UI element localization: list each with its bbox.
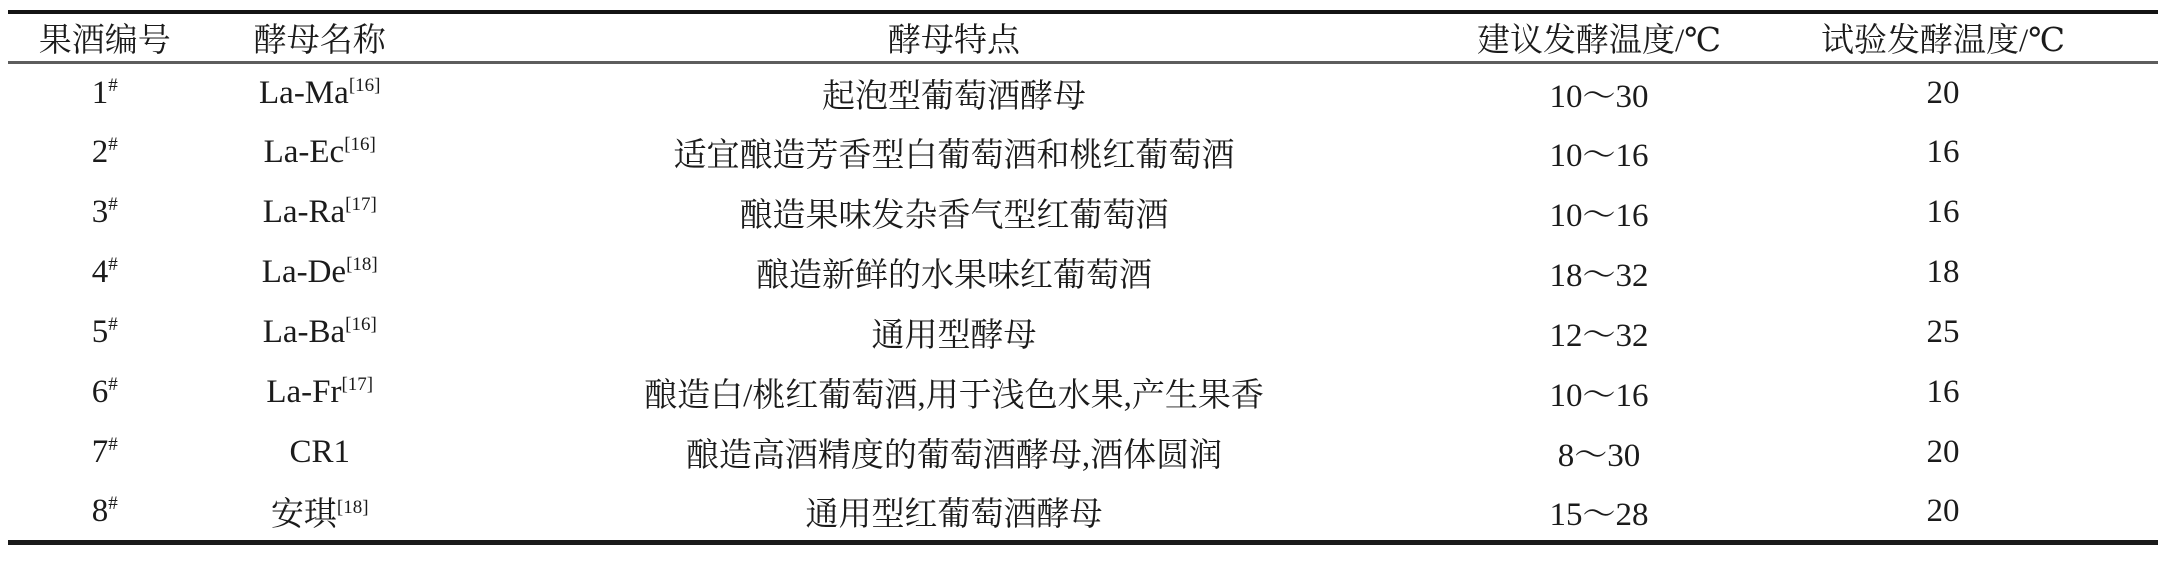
- cell-wine-id: 1#: [8, 63, 202, 123]
- table-row: 3# La-Ra[17] 酿造果味发杂香气型红葡萄酒 10～16 16: [8, 183, 2158, 243]
- cell-yeast-name: La-Fr[17]: [202, 363, 439, 423]
- header-yeast-feature: 酵母特点: [438, 12, 1470, 63]
- header-test-temp: 试验发酵温度/℃: [1728, 12, 2158, 63]
- hash-superscript: #: [108, 374, 118, 395]
- table-row: 2# La-Ec[16] 适宜酿造芳香型白葡萄酒和桃红葡萄酒 10～16 16: [8, 123, 2158, 183]
- reference-superscript: [16]: [349, 75, 381, 96]
- cell-yeast-feature: 通用型红葡萄酒酵母: [438, 483, 1470, 543]
- cell-wine-id: 8#: [8, 483, 202, 543]
- hash-superscript: #: [108, 134, 118, 155]
- cell-yeast-name: 安琪[18]: [202, 483, 439, 543]
- reference-superscript: [17]: [345, 194, 377, 215]
- cell-test-temp: 20: [1728, 423, 2158, 483]
- cell-wine-id: 7#: [8, 423, 202, 483]
- header-row: 果酒编号 酵母名称 酵母特点 建议发酵温度/℃ 试验发酵温度/℃: [8, 12, 2158, 63]
- cell-yeast-name: La-Ba[16]: [202, 303, 439, 363]
- hash-superscript: #: [108, 493, 118, 514]
- table-row: 6# La-Fr[17] 酿造白/桃红葡萄酒,用于浅色水果,产生果香 10～16…: [8, 363, 2158, 423]
- cell-test-temp: 16: [1728, 363, 2158, 423]
- table-row: 1# La-Ma[16] 起泡型葡萄酒酵母 10～30 20: [8, 63, 2158, 123]
- table-header: 果酒编号 酵母名称 酵母特点 建议发酵温度/℃ 试验发酵温度/℃: [8, 12, 2158, 63]
- hash-superscript: #: [108, 75, 118, 96]
- table-row: 7# CR1 酿造高酒精度的葡萄酒酵母,酒体圆润 8～30 20: [8, 423, 2158, 483]
- cell-yeast-feature: 酿造果味发杂香气型红葡萄酒: [438, 183, 1470, 243]
- cell-suggested-temp: 10～30: [1470, 63, 1728, 123]
- cell-yeast-name: La-Ra[17]: [202, 183, 439, 243]
- cell-yeast-name: CR1: [202, 423, 439, 483]
- cell-yeast-name: La-De[18]: [202, 243, 439, 303]
- cell-yeast-feature: 酿造白/桃红葡萄酒,用于浅色水果,产生果香: [438, 363, 1470, 423]
- cell-suggested-temp: 15～28: [1470, 483, 1728, 543]
- cell-yeast-name: La-Ma[16]: [202, 63, 439, 123]
- cell-test-temp: 16: [1728, 183, 2158, 243]
- cell-wine-id: 2#: [8, 123, 202, 183]
- reference-superscript: [18]: [346, 254, 378, 275]
- reference-superscript: [16]: [344, 134, 376, 155]
- hash-superscript: #: [108, 254, 118, 275]
- header-yeast-name: 酵母名称: [202, 12, 439, 63]
- header-suggested-temp: 建议发酵温度/℃: [1470, 12, 1728, 63]
- cell-suggested-temp: 8～30: [1470, 423, 1728, 483]
- hash-superscript: #: [108, 314, 118, 335]
- cell-yeast-feature: 酿造新鲜的水果味红葡萄酒: [438, 243, 1470, 303]
- table-row: 4# La-De[18] 酿造新鲜的水果味红葡萄酒 18～32 18: [8, 243, 2158, 303]
- cell-suggested-temp: 10～16: [1470, 363, 1728, 423]
- cell-suggested-temp: 10～16: [1470, 123, 1728, 183]
- table-body: 1# La-Ma[16] 起泡型葡萄酒酵母 10～30 20 2# La-Ec[…: [8, 63, 2158, 543]
- cell-test-temp: 18: [1728, 243, 2158, 303]
- hash-superscript: #: [108, 434, 118, 455]
- cell-yeast-feature: 起泡型葡萄酒酵母: [438, 63, 1470, 123]
- cell-suggested-temp: 10～16: [1470, 183, 1728, 243]
- cell-wine-id: 5#: [8, 303, 202, 363]
- yeast-table-container: 果酒编号 酵母名称 酵母特点 建议发酵温度/℃ 试验发酵温度/℃ 1# La-M…: [0, 0, 2166, 545]
- table-row: 8# 安琪[18] 通用型红葡萄酒酵母 15～28 20: [8, 483, 2158, 543]
- hash-superscript: #: [108, 194, 118, 215]
- yeast-fermentation-table: 果酒编号 酵母名称 酵母特点 建议发酵温度/℃ 试验发酵温度/℃ 1# La-M…: [8, 10, 2158, 545]
- cell-yeast-feature: 通用型酵母: [438, 303, 1470, 363]
- cell-test-temp: 20: [1728, 63, 2158, 123]
- cell-yeast-feature: 适宜酿造芳香型白葡萄酒和桃红葡萄酒: [438, 123, 1470, 183]
- cell-suggested-temp: 18～32: [1470, 243, 1728, 303]
- cell-wine-id: 4#: [8, 243, 202, 303]
- cell-wine-id: 3#: [8, 183, 202, 243]
- cell-yeast-name: La-Ec[16]: [202, 123, 439, 183]
- reference-superscript: [16]: [345, 314, 377, 335]
- cell-test-temp: 20: [1728, 483, 2158, 543]
- cell-suggested-temp: 12～32: [1470, 303, 1728, 363]
- cell-test-temp: 16: [1728, 123, 2158, 183]
- cell-wine-id: 6#: [8, 363, 202, 423]
- reference-superscript: [17]: [341, 374, 373, 395]
- cell-test-temp: 25: [1728, 303, 2158, 363]
- table-row: 5# La-Ba[16] 通用型酵母 12～32 25: [8, 303, 2158, 363]
- reference-superscript: [18]: [337, 497, 369, 518]
- cell-yeast-feature: 酿造高酒精度的葡萄酒酵母,酒体圆润: [438, 423, 1470, 483]
- header-wine-id: 果酒编号: [8, 12, 202, 63]
